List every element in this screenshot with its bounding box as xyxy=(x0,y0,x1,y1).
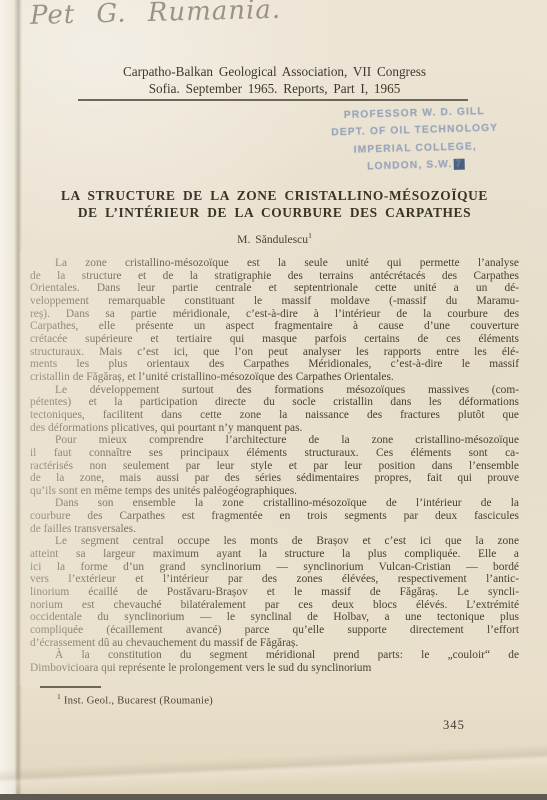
body-line: il faut connaître ses principaux élément… xyxy=(30,447,519,460)
body-line: Dans son ensemble la zone cristallino-mé… xyxy=(30,497,519,510)
body-text: La zone cristallino-mésozoïque est la se… xyxy=(30,257,519,675)
body-line: veloppement remarquable constituant le m… xyxy=(30,295,519,308)
body-line: La zone cristallino-mésozoïque est la se… xyxy=(30,257,519,270)
author-name: M. Săndulescu xyxy=(237,233,308,246)
body-line: linorium écaillé de Postăvaru-Brașov et … xyxy=(30,586,519,599)
body-line: Pour mieux comprendre l’architecture de … xyxy=(30,434,519,447)
page-left-edge-shadow xyxy=(14,0,22,800)
header-line-2: Sofia. September 1965. Reports, Part I, … xyxy=(30,80,519,97)
title-line-1: LA STRUCTURE DE LA ZONE CRISTALLINO-MÉSO… xyxy=(30,188,519,205)
body-line: Carpathes, elle présente un aspect fragm… xyxy=(30,320,519,333)
footnote-text: Inst. Geol., Bucarest (Roumanie) xyxy=(64,695,213,707)
body-line: compliquée (écaillement avancé) parce qu… xyxy=(30,624,519,637)
paper-crease xyxy=(0,738,547,794)
body-line: reș). Dans sa partie méridionale, c’est-… xyxy=(30,308,519,321)
body-line: Orientales. Dans leur partie centrale et… xyxy=(30,282,519,295)
author-footnote-mark: 1 xyxy=(308,231,312,240)
footnote-rule xyxy=(40,686,101,688)
body-line: tectoniques, facilitent dans cette zone … xyxy=(30,409,519,422)
header-rule xyxy=(78,99,468,101)
scanned-page: Pet G. Rumania. Carpatho-Balkan Geologic… xyxy=(0,0,547,800)
body-line: occidentale du synclinorium — le synclin… xyxy=(30,611,519,624)
body-line: ractérisés non seulement par leur style … xyxy=(30,460,519,473)
footnote: 1 Inst. Geol., Bucarest (Roumanie) xyxy=(57,692,213,707)
body-line: norium est chevauché bilatéralement par … xyxy=(30,599,519,612)
body-line: ments les plus orientaux des Carpathes M… xyxy=(30,358,519,371)
body-line: de la zone, mais aussi par des séries sé… xyxy=(30,472,519,485)
body-line: crétacée supérieure et tertiaire qui mas… xyxy=(30,333,519,346)
body-line: d’écrassement dû au chevauchement du mas… xyxy=(30,637,519,650)
body-line: vers l’extérieur et l’intérieur par des … xyxy=(30,573,519,586)
body-line: Dimbovicioara qui représente le prolonge… xyxy=(30,662,519,675)
body-line: cristallin de Făgăraș, et l’unité crista… xyxy=(30,371,519,384)
author-byline: M. Săndulescu1 xyxy=(30,231,519,246)
stamp-ink-blot: 7 xyxy=(453,159,464,170)
body-line: structuraux. Mais c’est ici, que l’on pe… xyxy=(30,346,519,359)
scan-bottom-edge xyxy=(0,794,547,800)
body-line: À la constitution du segment méridional … xyxy=(30,649,519,662)
paper-title: LA STRUCTURE DE LA ZONE CRISTALLINO-MÉSO… xyxy=(30,188,519,221)
body-line: de failles transversales. xyxy=(30,523,519,536)
body-line: courbure des Carpathes est fragmentée en… xyxy=(30,510,519,523)
body-line: ici la forme d’un grand synclinorium — s… xyxy=(30,561,519,574)
handwriting-note: Pet G. Rumania. xyxy=(30,0,351,31)
body-line: Le segment central occupe les monts de B… xyxy=(30,535,519,548)
page-number: 345 xyxy=(443,718,465,733)
body-line: Le développement surtout des formations … xyxy=(30,384,519,397)
stamp-line-4-text: LONDON, S.W. xyxy=(367,159,453,172)
body-line: atteint sa largeur maximum ayant la stru… xyxy=(30,548,519,561)
body-line: qu’ils sont en même temps des unités pal… xyxy=(30,485,519,498)
footnote-mark: 1 xyxy=(57,692,61,701)
body-line: des déformations plicatives, qui pourtan… xyxy=(30,422,519,435)
header-line-1: Carpatho-Balkan Geological Association, … xyxy=(30,63,519,80)
body-line: pétentes) et la participation directe du… xyxy=(30,396,519,409)
body-line: de la structure et de la stratigraphie d… xyxy=(30,270,519,283)
title-line-2: DE L’INTÉRIEUR DE LA COURBURE DES CARPAT… xyxy=(30,205,519,222)
congress-header: Carpatho-Balkan Geological Association, … xyxy=(30,63,519,97)
ownership-stamp: PROFESSOR W. D. GILL DEPT. OF OIL TECHNO… xyxy=(299,102,531,178)
